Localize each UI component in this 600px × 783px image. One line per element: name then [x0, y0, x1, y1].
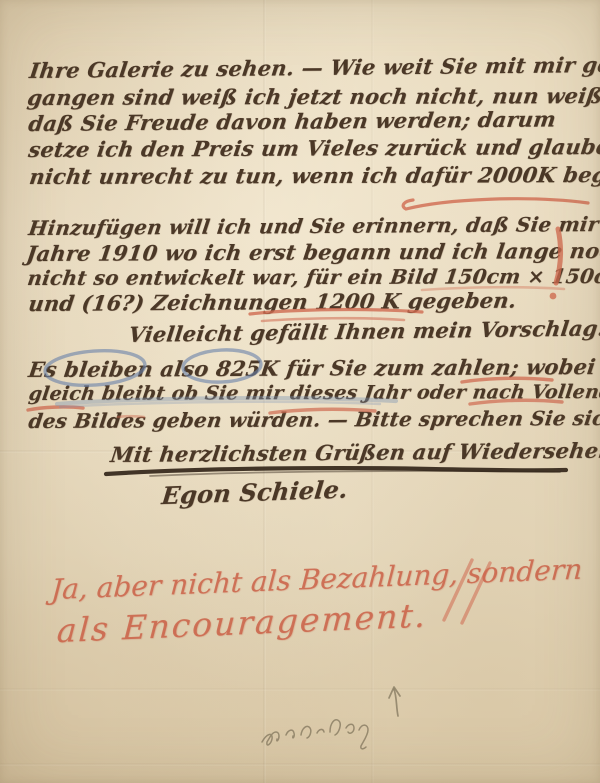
- letter-line: Jahre 1910 wo ich erst begann und ich la…: [25, 240, 600, 264]
- paper-bottom-edge-crease: [0, 763, 600, 766]
- letter-line: Ihre Galerie zu sehen. — Wie weit Sie mi…: [28, 54, 600, 81]
- pencil-up-arrow-icon: [389, 687, 400, 716]
- letter-line: des Bildes geben würden. — Bitte spreche…: [27, 408, 600, 431]
- horizontal-fold-crease: [0, 688, 600, 691]
- letter-line: nicht so entwickelt war, für ein Bild 15…: [26, 266, 600, 288]
- letter-line: nicht unrecht zu tun, wenn ich dafür 200…: [28, 164, 600, 187]
- ink-underline-closing-second: [150, 471, 560, 476]
- red-exclamation-dot: [550, 293, 557, 300]
- letter-line: Es bleiben also 825K für Sie zum zahlen;…: [27, 356, 600, 380]
- letter-line: und (16?) Zeichnungen 1200 K gegeben.: [27, 290, 518, 314]
- red-note-line: als Encouragement.: [56, 598, 428, 647]
- signature: Egon Schiele.: [160, 478, 348, 509]
- letter-line: gangen sind weiß ich jetzt noch nicht, n…: [26, 85, 600, 108]
- ink-underline-closing: [106, 468, 566, 474]
- letter-line: gleich bleibt ob Sie mir dieses Jahr ode…: [27, 383, 600, 404]
- red-underline-2000k: [403, 199, 588, 209]
- letter-page: Ihre Galerie zu sehen. — Wie weit Sie mi…: [0, 0, 600, 783]
- letter-line: daß Sie Freude davon haben werden; darum: [27, 108, 557, 134]
- letter-line-proposal: Vielleicht gefällt Ihnen mein Vorschlag.: [127, 317, 600, 345]
- letter-line: Hinzufügen will ich und Sie erinnern, da…: [27, 214, 600, 238]
- pencil-inscription-scribble: [262, 720, 368, 749]
- red-note-line: Ja, aber nicht als Bezahlung, sondern: [50, 556, 583, 604]
- closing-line: Mit herzlichsten Grüßen auf Wiedersehen.: [109, 440, 600, 465]
- letter-line: setze ich den Preis um Vieles zurück und…: [27, 136, 600, 160]
